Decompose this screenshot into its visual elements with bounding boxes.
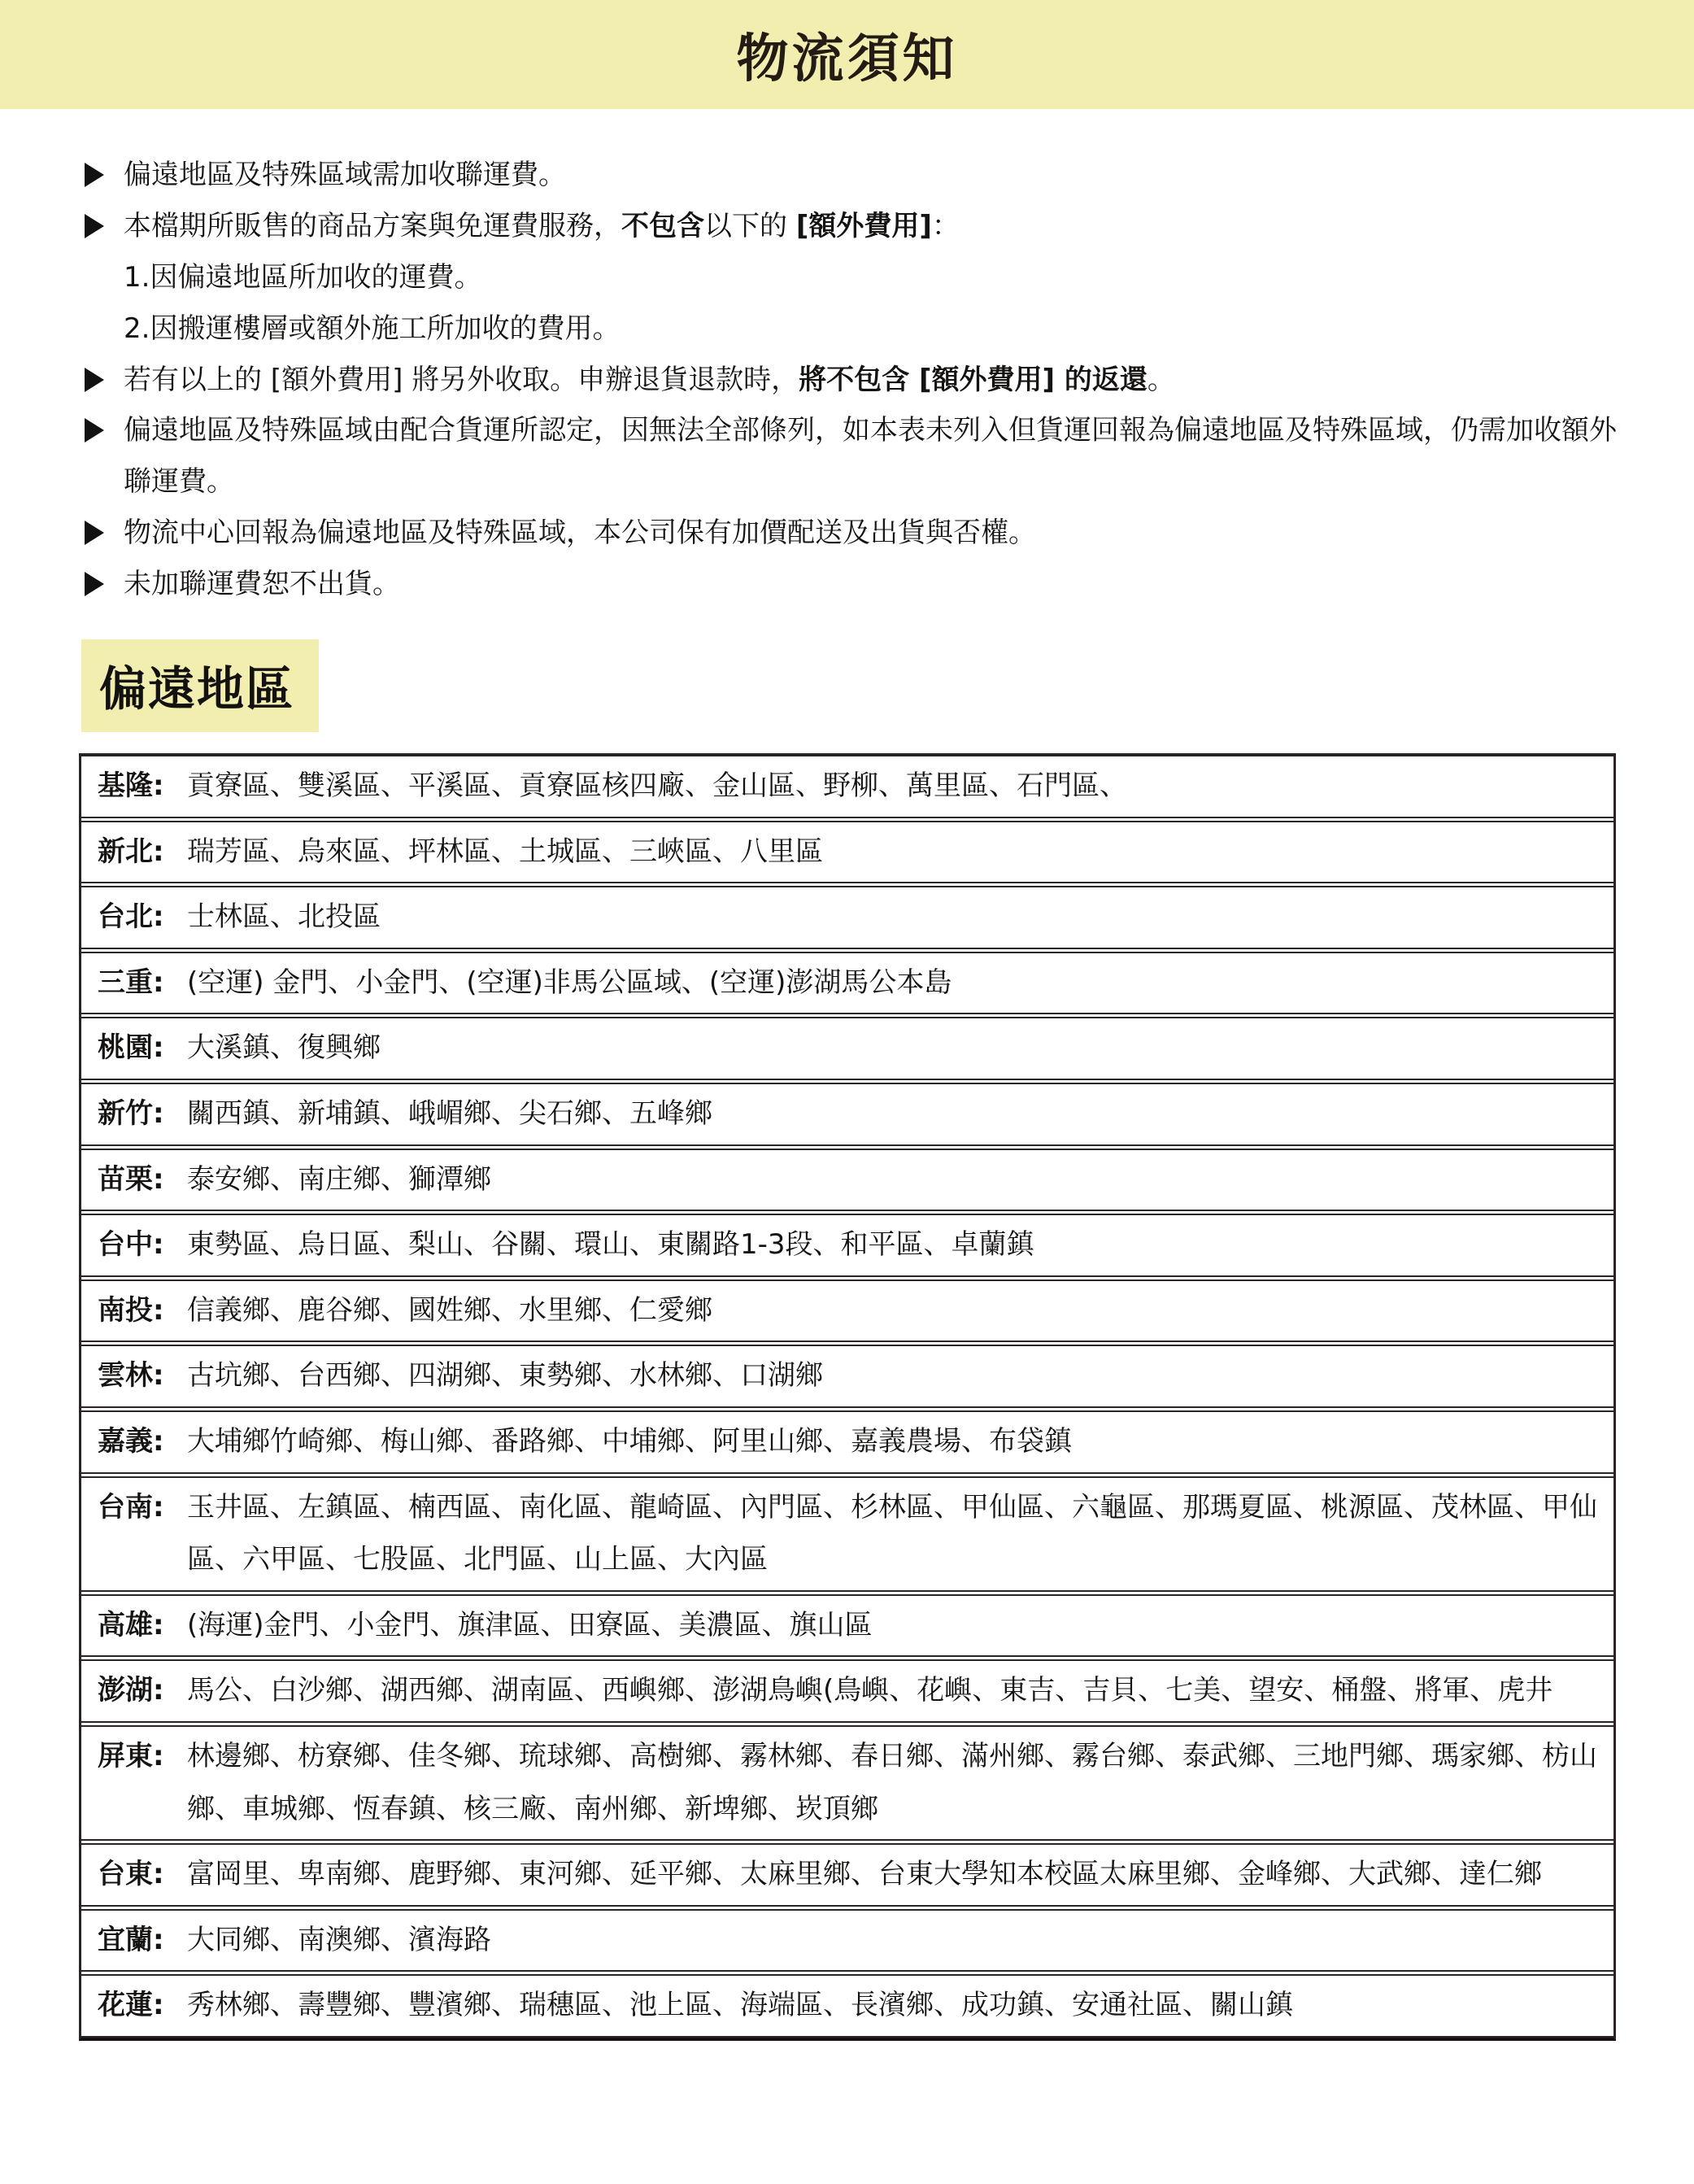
region-districts: 富岡里、卑南鄉、鹿野鄉、東河鄉、延平鄉、太麻里鄉、台東大學知本校區太麻里鄉、金峰… [187, 1848, 1599, 1901]
bullet-triangle-icon [85, 163, 104, 187]
region-label: 桃園: [98, 1022, 187, 1075]
notice-text-segment: 1.因偏遠地區所加收的運費。 [124, 261, 481, 294]
notice-text: 若有以上的 [額外費用] 將另外收取。申辦退貨退款時，將不包含 [額外費用] 的… [124, 355, 1617, 406]
region-districts: (空運) 金門、小金門、(空運)非馬公區域、(空運)澎湖馬公本島 [187, 957, 1599, 1009]
bullet-triangle-icon [85, 368, 104, 392]
table-row: 花蓮:秀林鄉、壽豐鄉、豐濱鄉、瑞穗區、池上區、海端區、長濱鄉、成功鎮、安通社區、… [81, 1974, 1613, 2038]
region-districts: 馬公、白沙鄉、湖西鄉、湖南區、西嶼鄉、澎湖鳥嶼(鳥嶼、花嶼、東吉、吉貝、七美、望… [187, 1664, 1599, 1717]
table-row: 澎湖:馬公、白沙鄉、湖西鄉、湖南區、西嶼鄉、澎湖鳥嶼(鳥嶼、花嶼、東吉、吉貝、七… [81, 1659, 1613, 1723]
region-label: 苗栗: [98, 1153, 187, 1206]
region-label: 台南: [98, 1481, 187, 1534]
table-row: 台東:富岡里、卑南鄉、鹿野鄉、東河鄉、延平鄉、太麻里鄉、台東大學知本校區太麻里鄉… [81, 1843, 1613, 1907]
region-districts: 古坑鄉、台西鄉、四湖鄉、東勢鄉、水林鄉、口湖鄉 [187, 1349, 1599, 1402]
region-districts: 林邊鄉、枋寮鄉、佳冬鄉、琉球鄉、高樹鄉、霧林鄉、春日鄉、滿州鄉、霧台鄉、泰武鄉、… [187, 1730, 1599, 1835]
notice-text-segment: 若有以上的 [額外費用] 將另外收取。申辦退貨退款時， [124, 364, 799, 396]
table-row: 新竹:關西鎮、新埔鎮、峨嵋鄉、尖石鄉、五峰鄉 [81, 1083, 1613, 1146]
region-label: 三重: [98, 957, 187, 1009]
notice-item: 若有以上的 [額外費用] 將另外收取。申辦退貨退款時，將不包含 [額外費用] 的… [83, 355, 1617, 406]
bullet-triangle-icon [85, 572, 104, 596]
notice-text-segment: 。 [1147, 364, 1175, 396]
region-districts: 瑞芳區、烏來區、坪林區、土城區、三峽區、八里區 [187, 826, 1599, 878]
notice-text: 偏遠地區及特殊區域需加收聯運費。 [124, 150, 1617, 201]
notice-text-bold-segment: 將不包含 [額外費用] 的返還 [799, 364, 1147, 396]
table-row: 雲林:古坑鄉、台西鄉、四湖鄉、東勢鄉、水林鄉、口湖鄉 [81, 1345, 1613, 1408]
region-label: 雲林: [98, 1349, 187, 1402]
region-label: 宜蘭: [98, 1914, 187, 1967]
table-row: 宜蘭:大同鄉、南澳鄉、濱海路 [81, 1909, 1613, 1973]
table-row: 嘉義:大埔鄉竹崎鄉、梅山鄉、番路鄉、中埔鄉、阿里山鄉、嘉義農場、布袋鎮 [81, 1410, 1613, 1474]
notice-item: 物流中心回報為偏遠地區及特殊區域，本公司保有加價配送及出貨與否權。 [83, 508, 1617, 559]
notice-text-segment: 2.因搬運樓層或額外施工所加收的費用。 [124, 312, 620, 345]
region-label: 新北: [98, 826, 187, 878]
region-districts: 士林區、北投區 [187, 891, 1599, 944]
table-row: 台南:玉井區、左鎮區、楠西區、南化區、龍崎區、內門區、杉林區、甲仙區、六龜區、那… [81, 1476, 1613, 1592]
region-districts: 貢寮區、雙溪區、平溪區、貢寮區核四廠、金山區、野柳、萬里區、石門區、 [187, 760, 1599, 813]
notice-text: 未加聯運費恕不出貨。 [124, 559, 1617, 610]
table-row: 苗栗:泰安鄉、南庄鄉、獅潭鄉 [81, 1149, 1613, 1212]
section-title-remote-areas: 偏遠地區 [81, 639, 319, 732]
region-label: 台東: [98, 1848, 187, 1901]
notice-text: 本檔期所販售的商品方案與免運費服務，不包含以下的 [額外費用]： [124, 201, 1617, 252]
notice-item: 偏遠地區及特殊區域需加收聯運費。 [83, 150, 1617, 201]
region-districts: 東勢區、烏日區、梨山、谷關、環山、東關路1-3段、和平區、卓蘭鎮 [187, 1218, 1599, 1271]
table-row: 高雄:(海運)金門、小金門、旗津區、田寮區、美濃區、旗山區 [81, 1594, 1613, 1658]
notice-text: 物流中心回報為偏遠地區及特殊區域，本公司保有加價配送及出貨與否權。 [124, 508, 1617, 559]
bullet-triangle-icon [85, 214, 104, 238]
table-row: 三重:(空運) 金門、小金門、(空運)非馬公區域、(空運)澎湖馬公本島 [81, 952, 1613, 1015]
page-title: 物流須知 [737, 17, 958, 92]
region-label: 基隆: [98, 760, 187, 813]
notice-text: 1.因偏遠地區所加收的運費。 [124, 252, 1617, 303]
table-row: 新北:瑞芳區、烏來區、坪林區、土城區、三峽區、八里區 [81, 821, 1613, 884]
table-row: 屏東:林邊鄉、枋寮鄉、佳冬鄉、琉球鄉、高樹鄉、霧林鄉、春日鄉、滿州鄉、霧台鄉、泰… [81, 1725, 1613, 1841]
bullet-triangle-icon [85, 521, 104, 545]
region-districts: 大埔鄉竹崎鄉、梅山鄉、番路鄉、中埔鄉、阿里山鄉、嘉義農場、布袋鎮 [187, 1415, 1599, 1468]
notice-text-segment: ： [932, 210, 960, 242]
notice-text: 偏遠地區及特殊區域由配合貨運所認定，因無法全部條列，如本表未列入但貨運回報為偏遠… [124, 405, 1617, 508]
notice-item: 未加聯運費恕不出貨。 [83, 559, 1617, 610]
region-label: 屏東: [98, 1730, 187, 1783]
region-label: 新竹: [98, 1088, 187, 1140]
region-label: 嘉義: [98, 1415, 187, 1468]
title-band: 物流須知 [0, 0, 1694, 109]
notice-text-segment: 偏遠地區及特殊區域由配合貨運所認定，因無法全部條列，如本表未列入但貨運回報為偏遠… [124, 414, 1617, 498]
region-label: 台北: [98, 891, 187, 944]
table-row: 桃園:大溪鎮、復興鄉 [81, 1017, 1613, 1080]
notice-subitem: 2.因搬運樓層或額外施工所加收的費用。 [83, 303, 1617, 355]
notice-text-bold-segment: [額外費用] [796, 210, 932, 242]
region-label: 高雄: [98, 1599, 187, 1652]
table-row: 台北:士林區、北投區 [81, 886, 1613, 949]
notice-text-segment: 未加聯運費恕不出貨。 [124, 568, 400, 600]
region-districts: 信義鄉、鹿谷鄉、國姓鄉、水里鄉、仁愛鄉 [187, 1284, 1599, 1337]
region-label: 花蓮: [98, 1979, 187, 2032]
table-row: 南投:信義鄉、鹿谷鄉、國姓鄉、水里鄉、仁愛鄉 [81, 1279, 1613, 1343]
region-districts: 大溪鎮、復興鄉 [187, 1022, 1599, 1075]
table-row: 台中:東勢區、烏日區、梨山、谷關、環山、東關路1-3段、和平區、卓蘭鎮 [81, 1214, 1613, 1277]
region-districts: 大同鄉、南澳鄉、濱海路 [187, 1914, 1599, 1967]
table-row: 基隆:貢寮區、雙溪區、平溪區、貢寮區核四廠、金山區、野柳、萬里區、石門區、 [81, 755, 1613, 818]
region-districts: 泰安鄉、南庄鄉、獅潭鄉 [187, 1153, 1599, 1206]
notices-list: 偏遠地區及特殊區域需加收聯運費。本檔期所販售的商品方案與免運費服務，不包含以下的… [0, 109, 1694, 610]
region-districts: (海運)金門、小金門、旗津區、田寮區、美濃區、旗山區 [187, 1599, 1599, 1652]
notice-text-segment: 物流中心回報為偏遠地區及特殊區域，本公司保有加價配送及出貨與否權。 [124, 517, 1036, 549]
region-districts: 玉井區、左鎮區、楠西區、南化區、龍崎區、內門區、杉林區、甲仙區、六龜區、那瑪夏區… [187, 1481, 1599, 1586]
region-label: 澎湖: [98, 1664, 187, 1717]
notice-text-segment: 本檔期所販售的商品方案與免運費服務， [124, 210, 621, 242]
notice-text-bold-segment: 不包含 [621, 210, 704, 242]
notice-item: 偏遠地區及特殊區域由配合貨運所認定，因無法全部條列，如本表未列入但貨運回報為偏遠… [83, 405, 1617, 508]
bullet-triangle-icon [85, 418, 104, 442]
notice-text: 2.因搬運樓層或額外施工所加收的費用。 [124, 303, 1617, 355]
notice-item: 本檔期所販售的商品方案與免運費服務，不包含以下的 [額外費用]： [83, 201, 1617, 252]
notice-text-segment: 以下的 [704, 210, 796, 242]
notice-subitem: 1.因偏遠地區所加收的運費。 [83, 252, 1617, 303]
region-label: 南投: [98, 1284, 187, 1337]
remote-areas-table: 基隆:貢寮區、雙溪區、平溪區、貢寮區核四廠、金山區、野柳、萬里區、石門區、新北:… [79, 753, 1616, 2041]
notice-text-segment: 偏遠地區及特殊區域需加收聯運費。 [124, 159, 566, 191]
region-districts: 關西鎮、新埔鎮、峨嵋鄉、尖石鄉、五峰鄉 [187, 1088, 1599, 1140]
region-districts: 秀林鄉、壽豐鄉、豐濱鄉、瑞穗區、池上區、海端區、長濱鄉、成功鎮、安通社區、關山鎮 [187, 1979, 1599, 2032]
region-label: 台中: [98, 1218, 187, 1271]
